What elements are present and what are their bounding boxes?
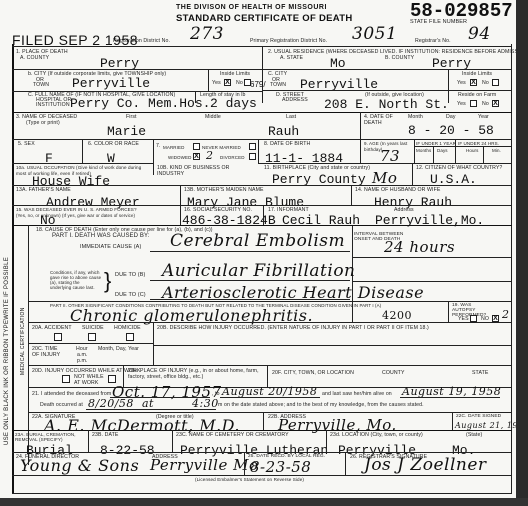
divider: [263, 412, 264, 430]
death-occurred-label: Death occurred at: [40, 402, 83, 408]
res-inside-no-label: No: [482, 80, 489, 86]
death-occurred-date: 8/20/58: [88, 398, 134, 409]
res-inside-limits-label: Inside Limits: [462, 71, 492, 77]
underline: [150, 280, 350, 281]
primary-district-label: Primary Registration District No.: [250, 38, 327, 44]
division-title: THE DIVISON OF HEALTH OF MISSOURI: [176, 4, 327, 11]
divider: [263, 205, 264, 225]
farm-no-label: No: [482, 101, 489, 107]
death-occurred-suffix: m on the date stated above; and to the b…: [218, 402, 424, 408]
describe-injury-label: 20b. DESCRIBE HOW INJURY OCCURRED. (Ente…: [157, 325, 429, 331]
divider: [360, 112, 361, 139]
res-county-label: b. COUNTY: [385, 55, 414, 61]
date-of-death: 8 - 20 - 58: [408, 124, 494, 137]
widowed-checkbox[interactable]: X: [193, 153, 200, 160]
divider: [12, 475, 512, 476]
last-saw-alive: August 19, 1958: [402, 386, 501, 397]
suicide-checkbox[interactable]: [88, 333, 96, 341]
divider: [153, 139, 154, 175]
divider: [414, 139, 415, 163]
pod-county-label: a. COUNTY: [20, 55, 49, 61]
divider: [28, 412, 512, 413]
res-inside-yes-checkbox[interactable]: X: [470, 79, 477, 86]
hospital-label3: INSTITUTION: [36, 102, 70, 108]
divider: [352, 281, 512, 282]
street-address: 208 E. North St.: [324, 98, 449, 111]
registrar-no-label: Registrar's No.: [415, 38, 451, 44]
last-name-label: Last: [286, 114, 296, 120]
date-of-death-label: 4. DATE OF DEATH: [364, 114, 394, 126]
widowed-label: WIDOWED: [168, 155, 191, 161]
place-of-injury-label: 20e. PLACE OF INJURY (e.g., in or about …: [128, 368, 263, 380]
divider: [262, 90, 512, 91]
months-label: Months: [416, 148, 431, 154]
divider: [267, 365, 268, 387]
divider: [12, 205, 512, 206]
divider: [412, 163, 413, 185]
due-to-b: Auricular Fibrillation: [162, 264, 356, 279]
divider: [12, 225, 512, 226]
pod-city: Perryville: [72, 77, 150, 90]
divider: [351, 185, 352, 205]
last-name: Rauh: [268, 125, 299, 138]
pod-inside-yes-checkbox[interactable]: X: [224, 79, 231, 86]
age: 73: [380, 149, 400, 164]
scan-edge-right: [516, 0, 528, 506]
farm-no-checkbox[interactable]: X: [492, 100, 499, 107]
underline: [150, 299, 350, 300]
injury-county-label: COUNTY: [382, 370, 405, 376]
birthplace-state: Mo: [372, 171, 397, 186]
divider: [12, 185, 512, 186]
res-city-prefix: 679/: [250, 80, 266, 89]
spacer: [153, 175, 258, 176]
accident-checkbox[interactable]: [54, 333, 62, 341]
dod-year-label: Year: [478, 114, 489, 120]
street-label2: ADDRESS: [282, 97, 308, 103]
deceased-name-label2: (Type or print): [26, 120, 60, 126]
divider: [28, 343, 153, 344]
scan-edge-bottom: [0, 498, 528, 506]
res-inside-yes-label: Yes: [457, 80, 466, 86]
divider: [153, 345, 512, 346]
divider: [172, 430, 173, 452]
middle-name-label: Middle: [205, 114, 221, 120]
race-label: 6. COLOR OR RACE: [88, 141, 139, 147]
marital-note: 2: [206, 150, 214, 161]
divider: [345, 452, 346, 475]
immediate-cause-label: IMMEDIATE CAUSE (a): [80, 244, 141, 250]
length-of-stay: 2 days: [210, 97, 257, 110]
death-occurred-time: 4:30: [192, 398, 219, 409]
citizen-label: 12. CITIZEN OF WHAT COUNTRY?: [416, 165, 502, 171]
state-file-label: STATE FILE NUMBER: [410, 19, 467, 25]
divider: [82, 139, 83, 163]
injury-city-label: 20f. CITY, TOWN, OR LOCATION: [272, 370, 354, 376]
divider: [483, 146, 484, 163]
conditions-note: Conditions, if any, which gave rise to a…: [50, 270, 102, 290]
due-to-b-label: DUE TO (b): [115, 272, 145, 278]
mother-label: 13b. MOTHER'S MAIDEN NAME: [184, 187, 264, 193]
married-checkbox[interactable]: [193, 143, 200, 150]
pod-inside-no-label: No: [236, 80, 243, 86]
registrar-no: 94: [468, 27, 491, 42]
father-label: 13a. FATHER'S NAME: [16, 187, 71, 193]
spouse-label: 14. NAME OF HUSBAND OR WIFE: [355, 187, 440, 193]
divider: [12, 139, 512, 140]
underline: [400, 397, 500, 398]
divider: [414, 146, 512, 147]
never-married-checkbox[interactable]: [249, 143, 256, 150]
suicide-label: SUICIDE: [82, 325, 104, 331]
primary-district: 3051: [352, 27, 397, 42]
accident-label: 20a. ACCIDENT: [32, 325, 72, 331]
divider: [448, 301, 449, 323]
interval: 24 hours: [384, 240, 455, 255]
divider: [195, 91, 196, 103]
not-at-work-checkbox[interactable]: [108, 375, 116, 383]
burial-type-label: 23a. BURIAL, CREMATION, REMOVAL (Specify…: [15, 432, 87, 442]
divider: [452, 412, 453, 430]
autopsy-yes-checkbox[interactable]: [470, 315, 477, 322]
divider: [326, 430, 327, 452]
burial-state-label: (State): [466, 432, 482, 438]
director-address: Perryville Mo: [150, 458, 259, 473]
birthplace-label: 11. BIRTHPLACE (City and state or countr…: [264, 165, 370, 171]
funeral-director: Young & Sons: [20, 458, 139, 473]
divider: [88, 430, 89, 452]
divider: [455, 139, 456, 163]
death-occurred-at: at: [142, 398, 154, 409]
cemetery-label: 23c. NAME OF CEMETERY OR CREMATORY: [176, 432, 289, 438]
last-saw-label: and last saw her/him alive on: [322, 391, 392, 397]
margin-instruction: USE ONLY BLACK INK OR RIBBON TYPEWRITE I…: [4, 257, 10, 445]
part-1-label: PART I. DEATH WAS CAUSED BY:: [52, 233, 150, 239]
days-label: Days: [437, 148, 448, 154]
registration-district-label: Registration District No.: [113, 38, 170, 44]
pm-label: p.m.: [77, 358, 88, 364]
due-to-c: Arteriosclerotic Heart Disease: [162, 285, 424, 300]
injury-date-label: Month, Day, Year: [98, 346, 139, 352]
divider: [12, 430, 512, 431]
farm-yes-checkbox[interactable]: [470, 100, 477, 107]
dod-month-label: Month: [408, 114, 423, 120]
registrar-signature: Jos J Zoellner: [364, 458, 487, 473]
divorced-label: DIVORCED: [220, 155, 245, 161]
res-state-label: a. STATE: [280, 55, 303, 61]
divider: [352, 257, 512, 258]
divider: [360, 139, 361, 163]
brace-icon: }: [104, 270, 111, 292]
embalmer-note: (Licensed Embalmer's Statement on Revers…: [195, 477, 304, 483]
underline: [220, 397, 320, 398]
homicide-checkbox[interactable]: [126, 333, 134, 341]
hours-label: Hours: [466, 148, 479, 154]
homicide-label: HOMICIDE: [114, 325, 141, 331]
farm-label: Reside on Farm: [458, 92, 496, 98]
res-inside-no-checkbox[interactable]: [492, 79, 499, 86]
pod-inside-yes-label: Yes: [212, 80, 221, 86]
marital-label: 7.: [156, 143, 161, 149]
medical-certification-label: MEDICAL CERTIFICATION: [20, 307, 26, 375]
hospital: Perry Co. Mem.Hos.: [70, 97, 210, 110]
divider: [12, 163, 153, 164]
divider: [244, 452, 245, 475]
divider: [12, 112, 512, 113]
res-city-town: TOWN: [270, 82, 286, 88]
min-label: Min.: [492, 148, 501, 154]
frame-bottom: [12, 493, 512, 494]
sex-label: 5. SEX: [18, 141, 35, 147]
burial-location-label: 23d. LOCATION (City, town, or county): [330, 432, 423, 438]
divider: [12, 69, 512, 70]
attended-to: August 20/1958: [222, 386, 317, 397]
divider: [12, 452, 512, 453]
first-name-label: First: [126, 114, 137, 120]
medical-margin-line: [28, 225, 29, 465]
date-received: 8-23-58: [250, 460, 311, 475]
first-name: Marie: [107, 125, 146, 138]
pod-inside-limits-label: Inside Limits: [220, 71, 250, 77]
armed-forces-hint: (Yes, no, or unknown) (If yes, give war …: [16, 213, 135, 219]
divider: [153, 322, 154, 365]
part-2-conditions: Chronic glomerulonephritis.: [70, 308, 313, 323]
time-of-injury-label: 20c. TIME OF INJURY: [32, 346, 62, 358]
divider: [28, 301, 512, 302]
divider: [28, 322, 512, 323]
divorced-checkbox[interactable]: [249, 153, 256, 160]
divider: [28, 365, 512, 366]
divider: [208, 69, 209, 91]
not-at-work-label: NOT WHILE AT WORK: [74, 374, 108, 386]
dod-day-label: Day: [446, 114, 456, 120]
divider: [258, 163, 512, 164]
divider: [433, 146, 434, 163]
divider: [262, 46, 263, 103]
part-2-code: 4200: [382, 310, 412, 321]
registration-district: 273: [190, 27, 224, 42]
divider: [258, 139, 259, 163]
immediate-cause: Cerebral Embolism: [170, 234, 345, 249]
underline: [150, 251, 350, 252]
due-to-c-label: DUE TO (c): [115, 292, 146, 298]
autopsy-note: 2: [502, 309, 510, 320]
married-label: MARRIED: [163, 145, 184, 151]
death-certificate: THE DIVISON OF HEALTH OF MISSOURI STANDA…: [0, 0, 516, 498]
underline: [86, 409, 216, 410]
dob-label: 8. DATE OF BIRTH: [264, 141, 310, 147]
pod-city-town: TOWN: [33, 82, 49, 88]
certificate-title: STANDARD CERTIFICATE OF DEATH: [176, 13, 353, 24]
farm-yes-label: Yes: [457, 101, 466, 107]
injury-state-label: STATE: [472, 370, 488, 376]
burial-date-label: 23b. DATE: [92, 432, 118, 438]
while-at-work-checkbox[interactable]: [62, 375, 70, 383]
autopsy-no-checkbox[interactable]: X: [492, 315, 499, 322]
